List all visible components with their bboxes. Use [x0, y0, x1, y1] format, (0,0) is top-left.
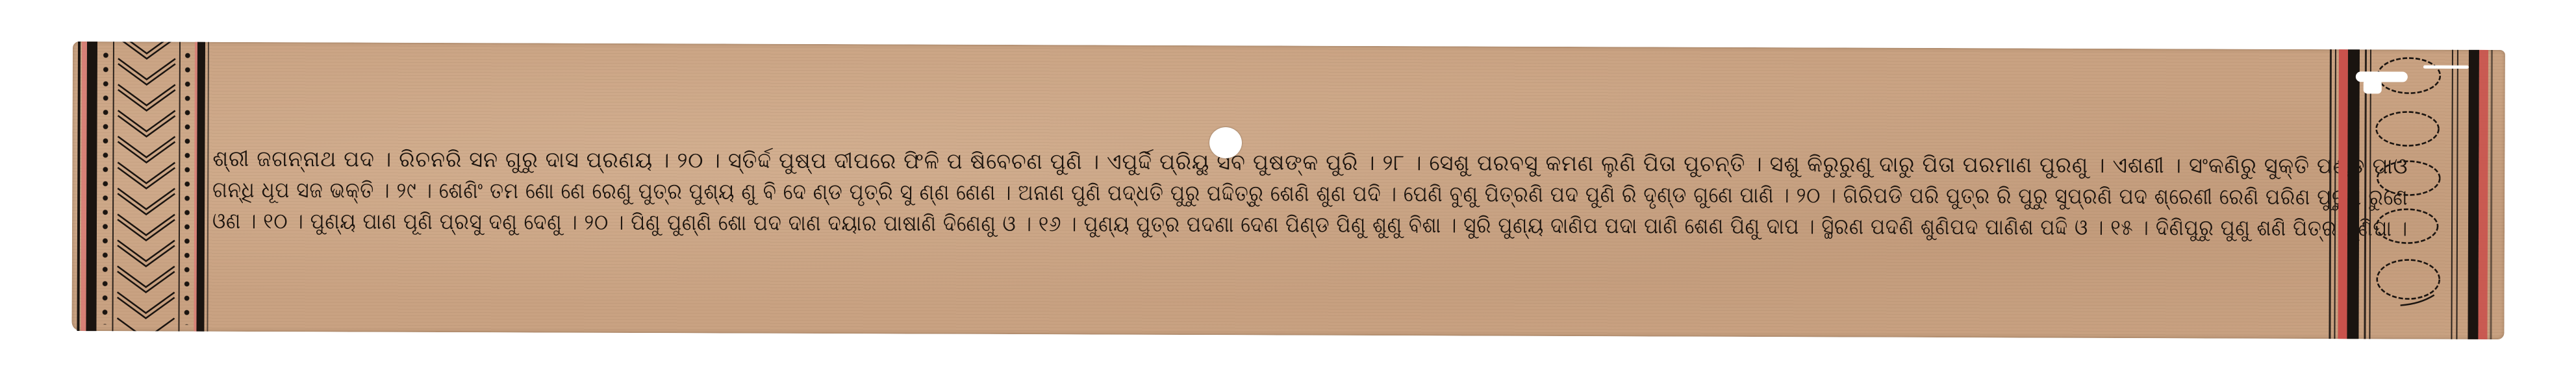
text-line-2: ଗନ୍ଧି ଧୂପ ସଜ ଭକ୍ତି । ୨୯ । ଶେଣିଂ ତମ ଣୋ ଣେ…	[212, 177, 2408, 211]
scalloped-ovals	[2374, 56, 2446, 328]
right-black-stripe-outer	[2468, 50, 2479, 339]
oval-frame-line-right-1	[2451, 50, 2453, 339]
right-red-stripe-outer	[2478, 50, 2488, 339]
right-black-stripe-inner	[2347, 49, 2360, 339]
outer-thin-line	[77, 42, 81, 331]
string-hole	[1209, 127, 1242, 158]
right-edge-line	[2490, 50, 2493, 339]
chevron-band	[114, 42, 178, 331]
left-border-decoration	[71, 42, 212, 332]
right-outer-thin-line-1	[2329, 49, 2332, 339]
oval-frame-line-right-2	[2456, 50, 2458, 339]
leaf-crack	[2423, 66, 2469, 69]
left-dot-column-inner	[183, 49, 190, 325]
right-red-stripe-inner	[2338, 49, 2348, 339]
inner-thin-line	[207, 42, 209, 332]
chevron-frame-line-right	[178, 42, 181, 332]
palm-leaf-folio: ଶ୍ରୀ ଜଗନ୍ନାଥ ପଦ । ରିଚନରି ସନ ଗୁରୁ ଦାସ ପ୍ର…	[71, 42, 2505, 339]
inner-black-stripe	[196, 42, 205, 332]
text-line-3: ଓଣ । ୧୦ । ପୁଣ୍ୟ ପାଣ ପୂଣି ପ୍ରସୁ ଦଣୁ ଦେଣୁ …	[212, 208, 2408, 242]
manuscript-text: ଶ୍ରୀ ଜଗନ୍ନାଥ ପଦ । ରିଚନରି ସନ ଗୁରୁ ଦାସ ପ୍ର…	[212, 146, 2414, 154]
chevron-pattern-icon	[114, 42, 178, 331]
right-outer-thin-line-2	[2334, 49, 2336, 339]
left-black-stripe	[86, 42, 97, 331]
chevron-frame-line-left	[112, 42, 114, 331]
right-border-decoration	[2329, 49, 2505, 339]
leaf-damage-hole	[2364, 79, 2382, 93]
left-dot-column-outer	[101, 48, 108, 324]
text-line-1: ଶ୍ରୀ ଜଗନ୍ନାଥ ପଦ । ରିଚନରି ସନ ଗୁରୁ ଦାସ ପ୍ର…	[212, 146, 2408, 180]
scalloped-oval-pattern-icon	[2374, 56, 2446, 328]
